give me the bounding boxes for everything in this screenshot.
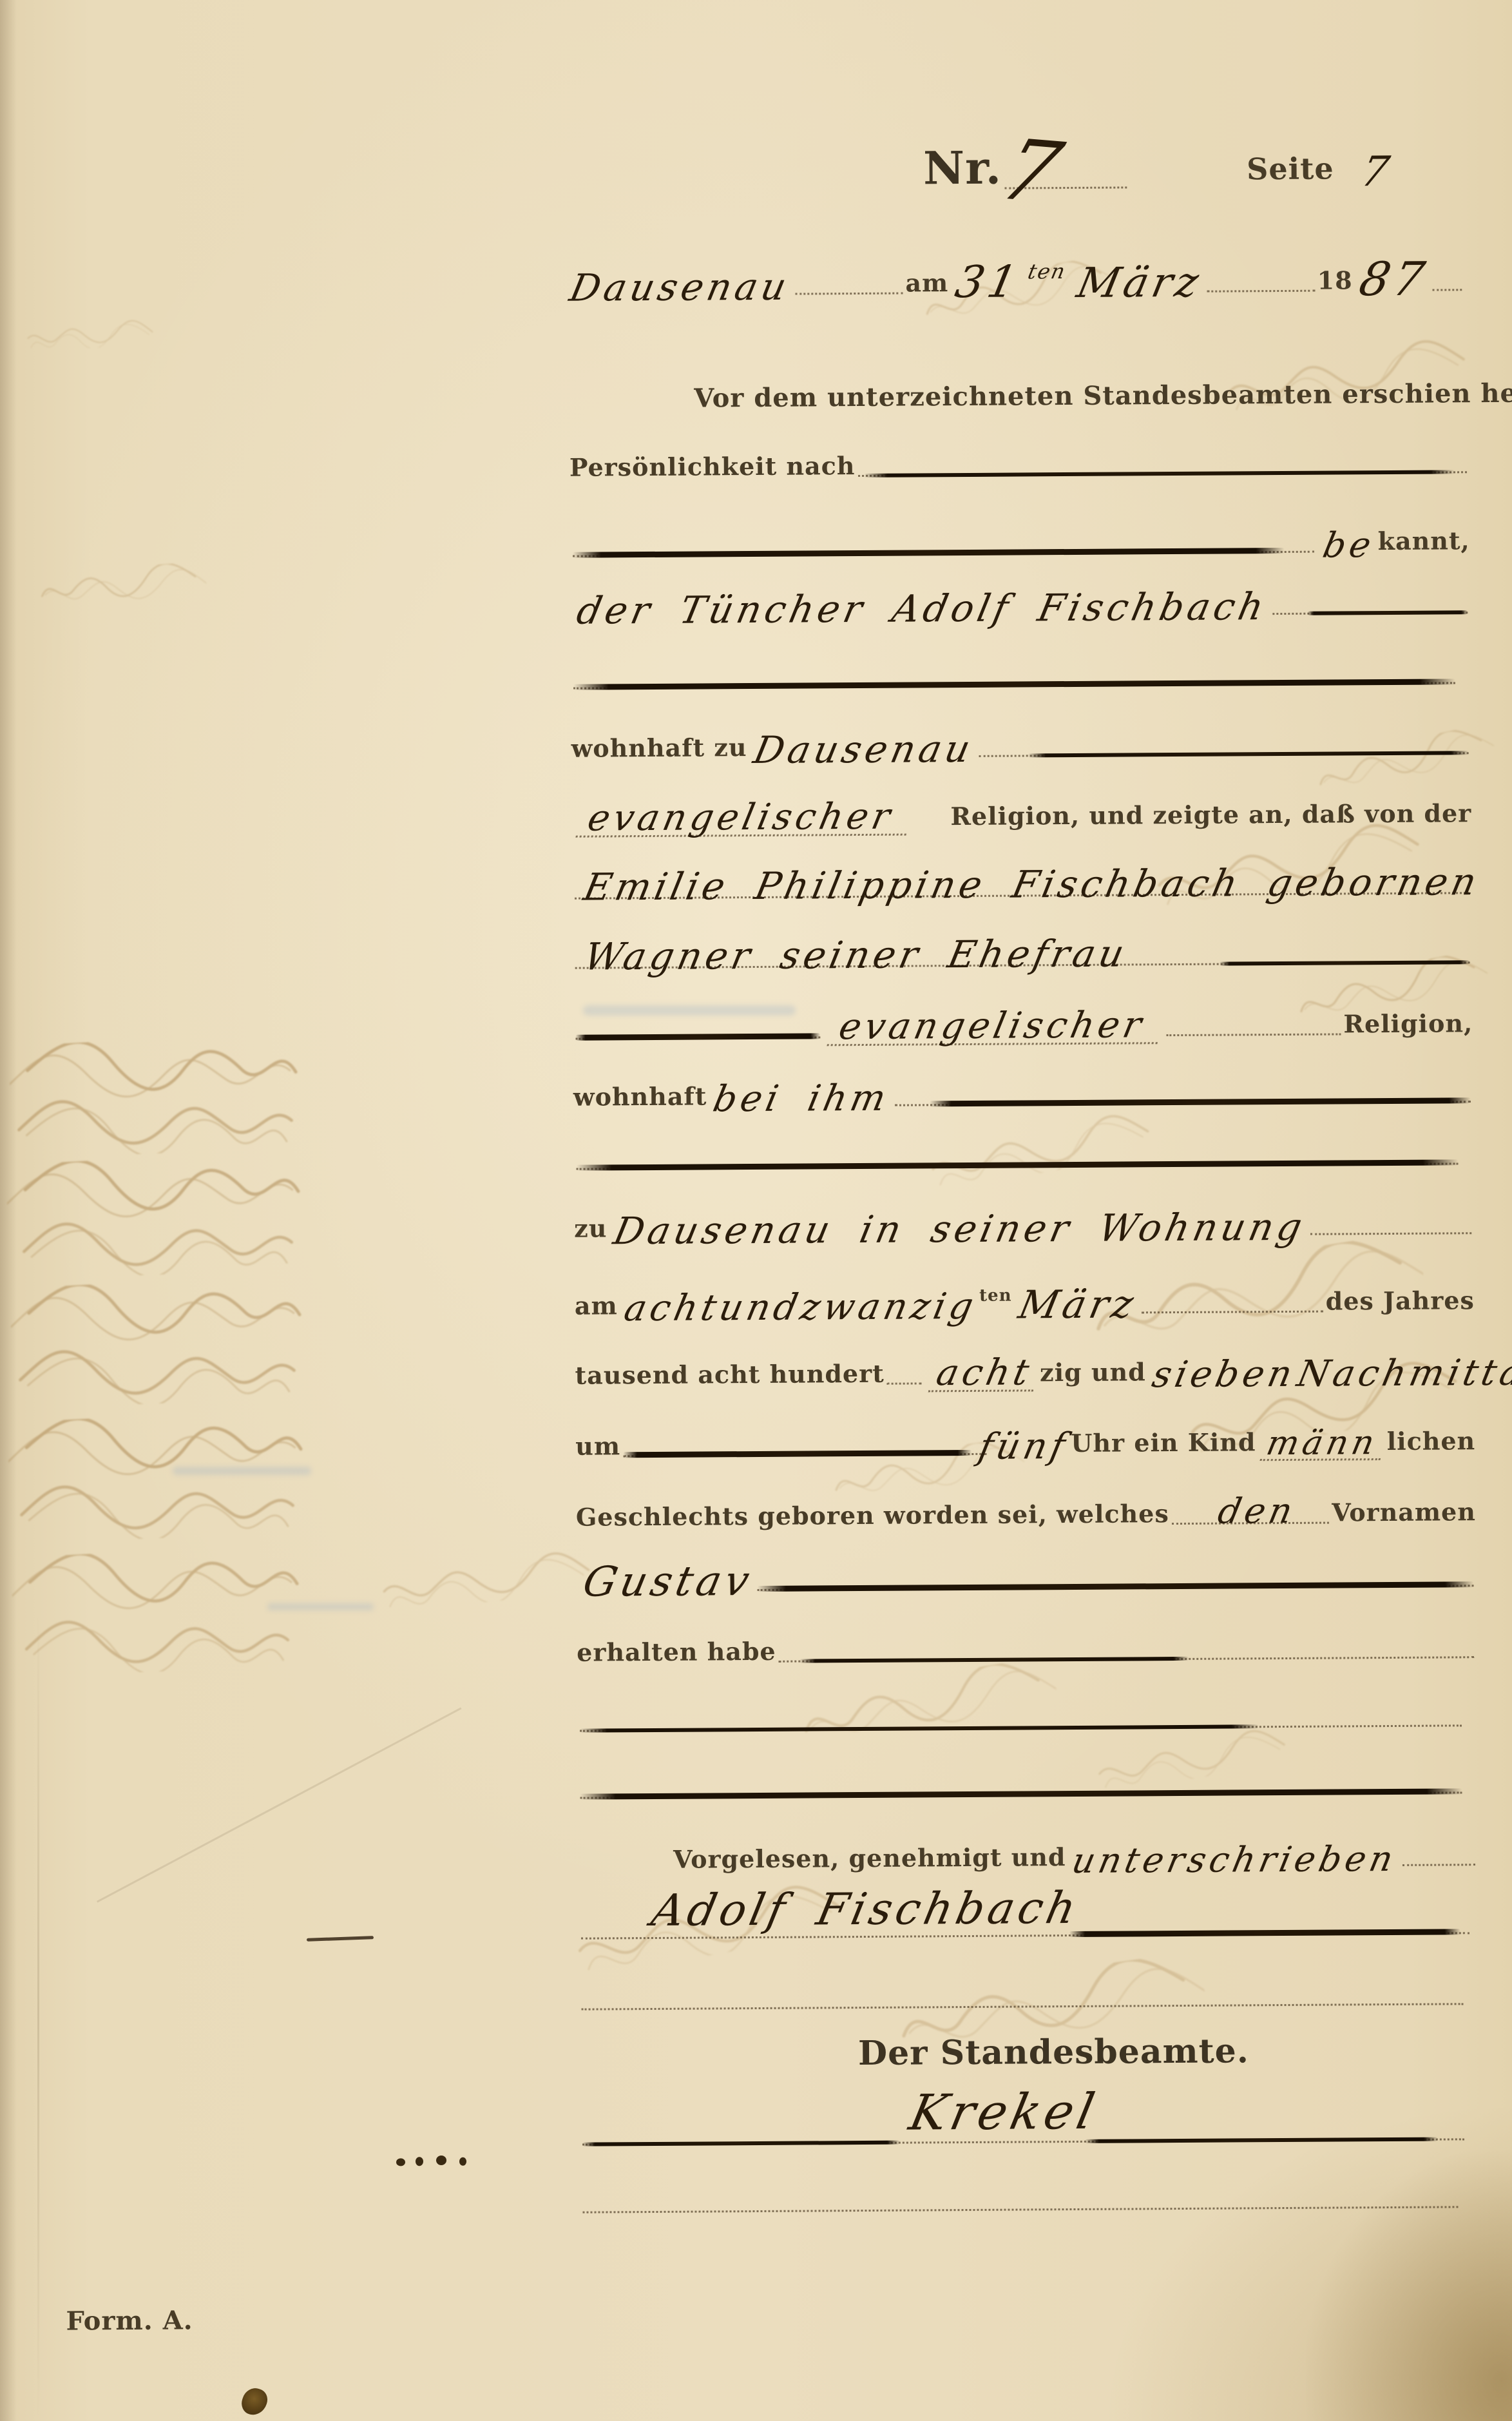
- bekannt-handwritten: be: [1321, 530, 1377, 560]
- mother-religion-printed: Religion,: [1343, 1011, 1473, 1036]
- blank-row2: [574, 1158, 1461, 1176]
- mother-residence-row: wohnhaft bei ihm: [573, 1056, 1473, 1115]
- erhalten-row: erhalten habe: [577, 1612, 1477, 1670]
- page-number: 7: [1359, 155, 1396, 190]
- blank-row4: [578, 1787, 1465, 1805]
- sex-printed: lichen: [1387, 1429, 1476, 1454]
- form-content: Seite 7 Nr. 7 Dausenau am 31 ten März 18…: [0, 0, 1512, 2421]
- ink-cancel-stroke: [1069, 1929, 1460, 1937]
- dateline-place-handwritten: Dausenau: [567, 271, 792, 304]
- dateline-day-handwritten: 31: [952, 264, 1023, 302]
- registrar-signature-handwritten: Krekel: [906, 2091, 1102, 2134]
- givenname-blank: [758, 1585, 1474, 1591]
- blank-row: [571, 677, 1458, 695]
- um-label: um: [575, 1434, 620, 1458]
- birthhour-row: um fünf Uhr ein Kind männ lichen: [575, 1405, 1475, 1464]
- mother-name2-row: Wagner seiner Ehefrau: [572, 917, 1472, 976]
- religion-blank-right: [1166, 1033, 1341, 1036]
- zu-label: zu: [574, 1216, 607, 1240]
- ink-cancel-stroke: [864, 470, 1455, 477]
- bekannt-blank: [573, 551, 1314, 557]
- mother-name2-handwritten: Wagner seiner Ehefrau: [582, 938, 1131, 973]
- bottom-right-smudge: [1306, 2150, 1512, 2421]
- mother-religion-handwritten: evangelischer: [827, 1010, 1164, 1047]
- registrar-title-row: Der Standesbeamte.: [858, 2034, 1249, 2076]
- scanned-birth-register-page: { "header": { "seite_label": "Seite", "p…: [0, 0, 1512, 2421]
- religion-blank-left: [575, 1036, 820, 1039]
- givenname-row: Gustav: [576, 1540, 1476, 1599]
- ink-speck: [396, 2158, 405, 2166]
- dateline-day-suffix-handwritten: ten: [1026, 263, 1067, 281]
- ink-speck: [416, 2157, 423, 2166]
- indent: [578, 1877, 673, 1878]
- unterschrieben-handwritten: unterschrieben: [1070, 1844, 1400, 1876]
- declarant-religion-row: evangelischer Religion, und zeigte an, d…: [571, 779, 1471, 836]
- daytime-handwritten: Nachmittags: [1295, 1358, 1512, 1390]
- declarant-name-blank: [1272, 612, 1468, 615]
- ink-speck: [436, 2156, 446, 2165]
- article-blank: den: [1172, 1522, 1330, 1525]
- mother-wohnhaft-label: wohnhaft: [573, 1084, 707, 1109]
- ink-cancel-stroke: [573, 679, 1455, 690]
- dateline-am-label: am: [905, 271, 948, 295]
- declarant-religion-handwritten: evangelischer: [575, 802, 913, 838]
- blank-row3: [577, 1720, 1464, 1738]
- day-suffix-printed: ten: [979, 1288, 1012, 1304]
- year-blank: [887, 1382, 922, 1384]
- nr-label: Nr.: [923, 146, 1002, 191]
- paper-crease: [37, 1611, 39, 2421]
- ink-cancel-stroke: [799, 1657, 1189, 1663]
- closing-row: Vorgelesen, genehmigt und unterschrieben: [578, 1819, 1478, 1878]
- ink-cancel-stroke: [580, 1788, 1462, 1799]
- birthdate-blank: [1142, 1311, 1323, 1314]
- declarant-residence-row: wohnhaft zu Dausenau: [571, 709, 1471, 766]
- page-header-label: Seite: [1247, 153, 1334, 184]
- form-footer-row: Form. A.: [66, 2305, 193, 2339]
- bekannt-printed: kannt,: [1378, 528, 1470, 554]
- sex-handwritten: männ: [1260, 1429, 1387, 1461]
- uhr-kind-label: Uhr ein Kind: [1071, 1430, 1256, 1456]
- birthdate-row: am achtundzwanzig ten März des Jahres: [575, 1265, 1475, 1324]
- persoenlichkeit-label: Persönlichkeit nach: [569, 454, 856, 480]
- blank-line2: [577, 1162, 1459, 1170]
- declarant-name-handwritten: der Tüncher Adolf Fischbach: [574, 591, 1270, 627]
- hour-handwritten: fünf: [976, 1431, 1071, 1462]
- registrar-line: [582, 2138, 1464, 2145]
- dateline-blank: [795, 293, 903, 295]
- mother-residence-blank: [895, 1101, 1471, 1106]
- ink-cancel-stroke: [758, 1581, 1474, 1592]
- mother-name-row: Emilie Philippine Fischbach gebornen: [572, 847, 1472, 906]
- hour-blank: [623, 1453, 986, 1457]
- registrar-line-row: [580, 2134, 1467, 2152]
- religion-printed: Religion, und zeigte an, daß von der: [950, 801, 1471, 829]
- vorgelesen-label: Vorgelesen, genehmigt und: [673, 1845, 1066, 1872]
- am-label: am: [575, 1293, 618, 1318]
- birthyear-row: tausend acht hundert acht zig und sieben…: [575, 1335, 1475, 1393]
- signature-line: [581, 1932, 1469, 1939]
- dateline-month-handwritten: März: [1074, 265, 1205, 301]
- dateline-row: Dausenau am 31 ten März 18 87: [563, 244, 1464, 303]
- page-header: Seite 7: [1247, 137, 1395, 189]
- form-label: Form. A.: [66, 2308, 193, 2334]
- ink-cancel-stroke: [1028, 751, 1468, 757]
- dateline-blank2: [1207, 290, 1314, 293]
- birth-day-handwritten: achtundzwanzig: [622, 1291, 979, 1324]
- birth-month-handwritten: März: [1016, 1288, 1140, 1322]
- ink-cancel-stroke: [577, 1159, 1459, 1170]
- blank-line5: [582, 2003, 1464, 2010]
- ink-cancel-stroke: [582, 2141, 900, 2146]
- ink-cancel-stroke: [575, 1033, 820, 1040]
- erhalten-label: erhalten habe: [577, 1639, 776, 1665]
- closing-blank: [1402, 1864, 1476, 1866]
- wohnhaft-zu-label: wohnhaft zu: [571, 735, 747, 761]
- article-handwritten: den: [1216, 1496, 1299, 1527]
- blank-row5: [579, 1998, 1466, 2016]
- vornamen-label: Vornamen: [1332, 1500, 1476, 1525]
- declarant-name-row: der Tüncher Adolf Fischbach: [570, 568, 1470, 626]
- erhalten-blank: [779, 1656, 1475, 1663]
- persoenlichkeit-row: Persönlichkeit nach: [569, 430, 1469, 485]
- tausend-label: tausend acht hundert: [575, 1362, 884, 1388]
- ink-cancel-stroke: [623, 1450, 971, 1458]
- registrar-title: Der Standesbeamte.: [858, 2034, 1249, 2070]
- mother-residence-handwritten: bei ihm: [711, 1083, 893, 1115]
- des-jahres-label: des Jahres: [1326, 1288, 1475, 1313]
- ink-cancel-stroke: [1085, 2137, 1438, 2143]
- dateline-century-printed: 18: [1317, 268, 1353, 293]
- blank-line4: [580, 1791, 1462, 1799]
- mother-religion-row: evangelischer Religion,: [573, 988, 1473, 1047]
- ink-cancel-stroke: [573, 548, 1285, 558]
- persoenlichkeit-blank: [858, 471, 1468, 477]
- birthplace-handwritten: Dausenau in seiner Wohnung: [611, 1211, 1308, 1247]
- decade-handwritten: acht: [928, 1358, 1040, 1393]
- residence-blank: [979, 752, 1468, 757]
- birthplace-blank: [1311, 1232, 1472, 1235]
- geschlecht-row: Geschlechts geboren worden sei, welches …: [576, 1476, 1476, 1535]
- blank-line: [573, 682, 1455, 689]
- zig-und-label: zig und: [1040, 1360, 1146, 1385]
- dateline-year-handwritten: 87: [1357, 259, 1431, 299]
- birthplace-row: zu Dausenau in seiner Wohnung: [574, 1188, 1474, 1246]
- ink-cancel-stroke: [580, 1724, 1259, 1732]
- mother-name-handwritten: Emilie Philippine Fischbach gebornen: [581, 866, 1482, 903]
- bekannt-row: be kannt,: [569, 509, 1469, 564]
- intro-line1: Vor dem unterzeichneten Standesbeamten e…: [694, 380, 1512, 412]
- declarant-signature-handwritten: Adolf Fischbach: [649, 1890, 1083, 1930]
- ink-cancel-stroke: [1308, 610, 1468, 615]
- geschlechts-label: Geschlechts geboren worden sei, welches: [576, 1501, 1169, 1530]
- intro-line1-row: Vor dem unterzeichneten Standesbeamten e…: [694, 379, 1512, 417]
- dateline-blank3: [1432, 289, 1462, 291]
- declarant-residence-handwritten: Dausenau: [751, 733, 977, 766]
- given-name-handwritten: Gustav: [580, 1564, 756, 1600]
- ink-cancel-stroke: [930, 1097, 1471, 1106]
- ink-speck: [459, 2157, 466, 2166]
- blank-line3: [580, 1724, 1462, 1731]
- ink-cancel-stroke: [1220, 960, 1470, 965]
- unit-year-handwritten: sieben: [1150, 1359, 1299, 1391]
